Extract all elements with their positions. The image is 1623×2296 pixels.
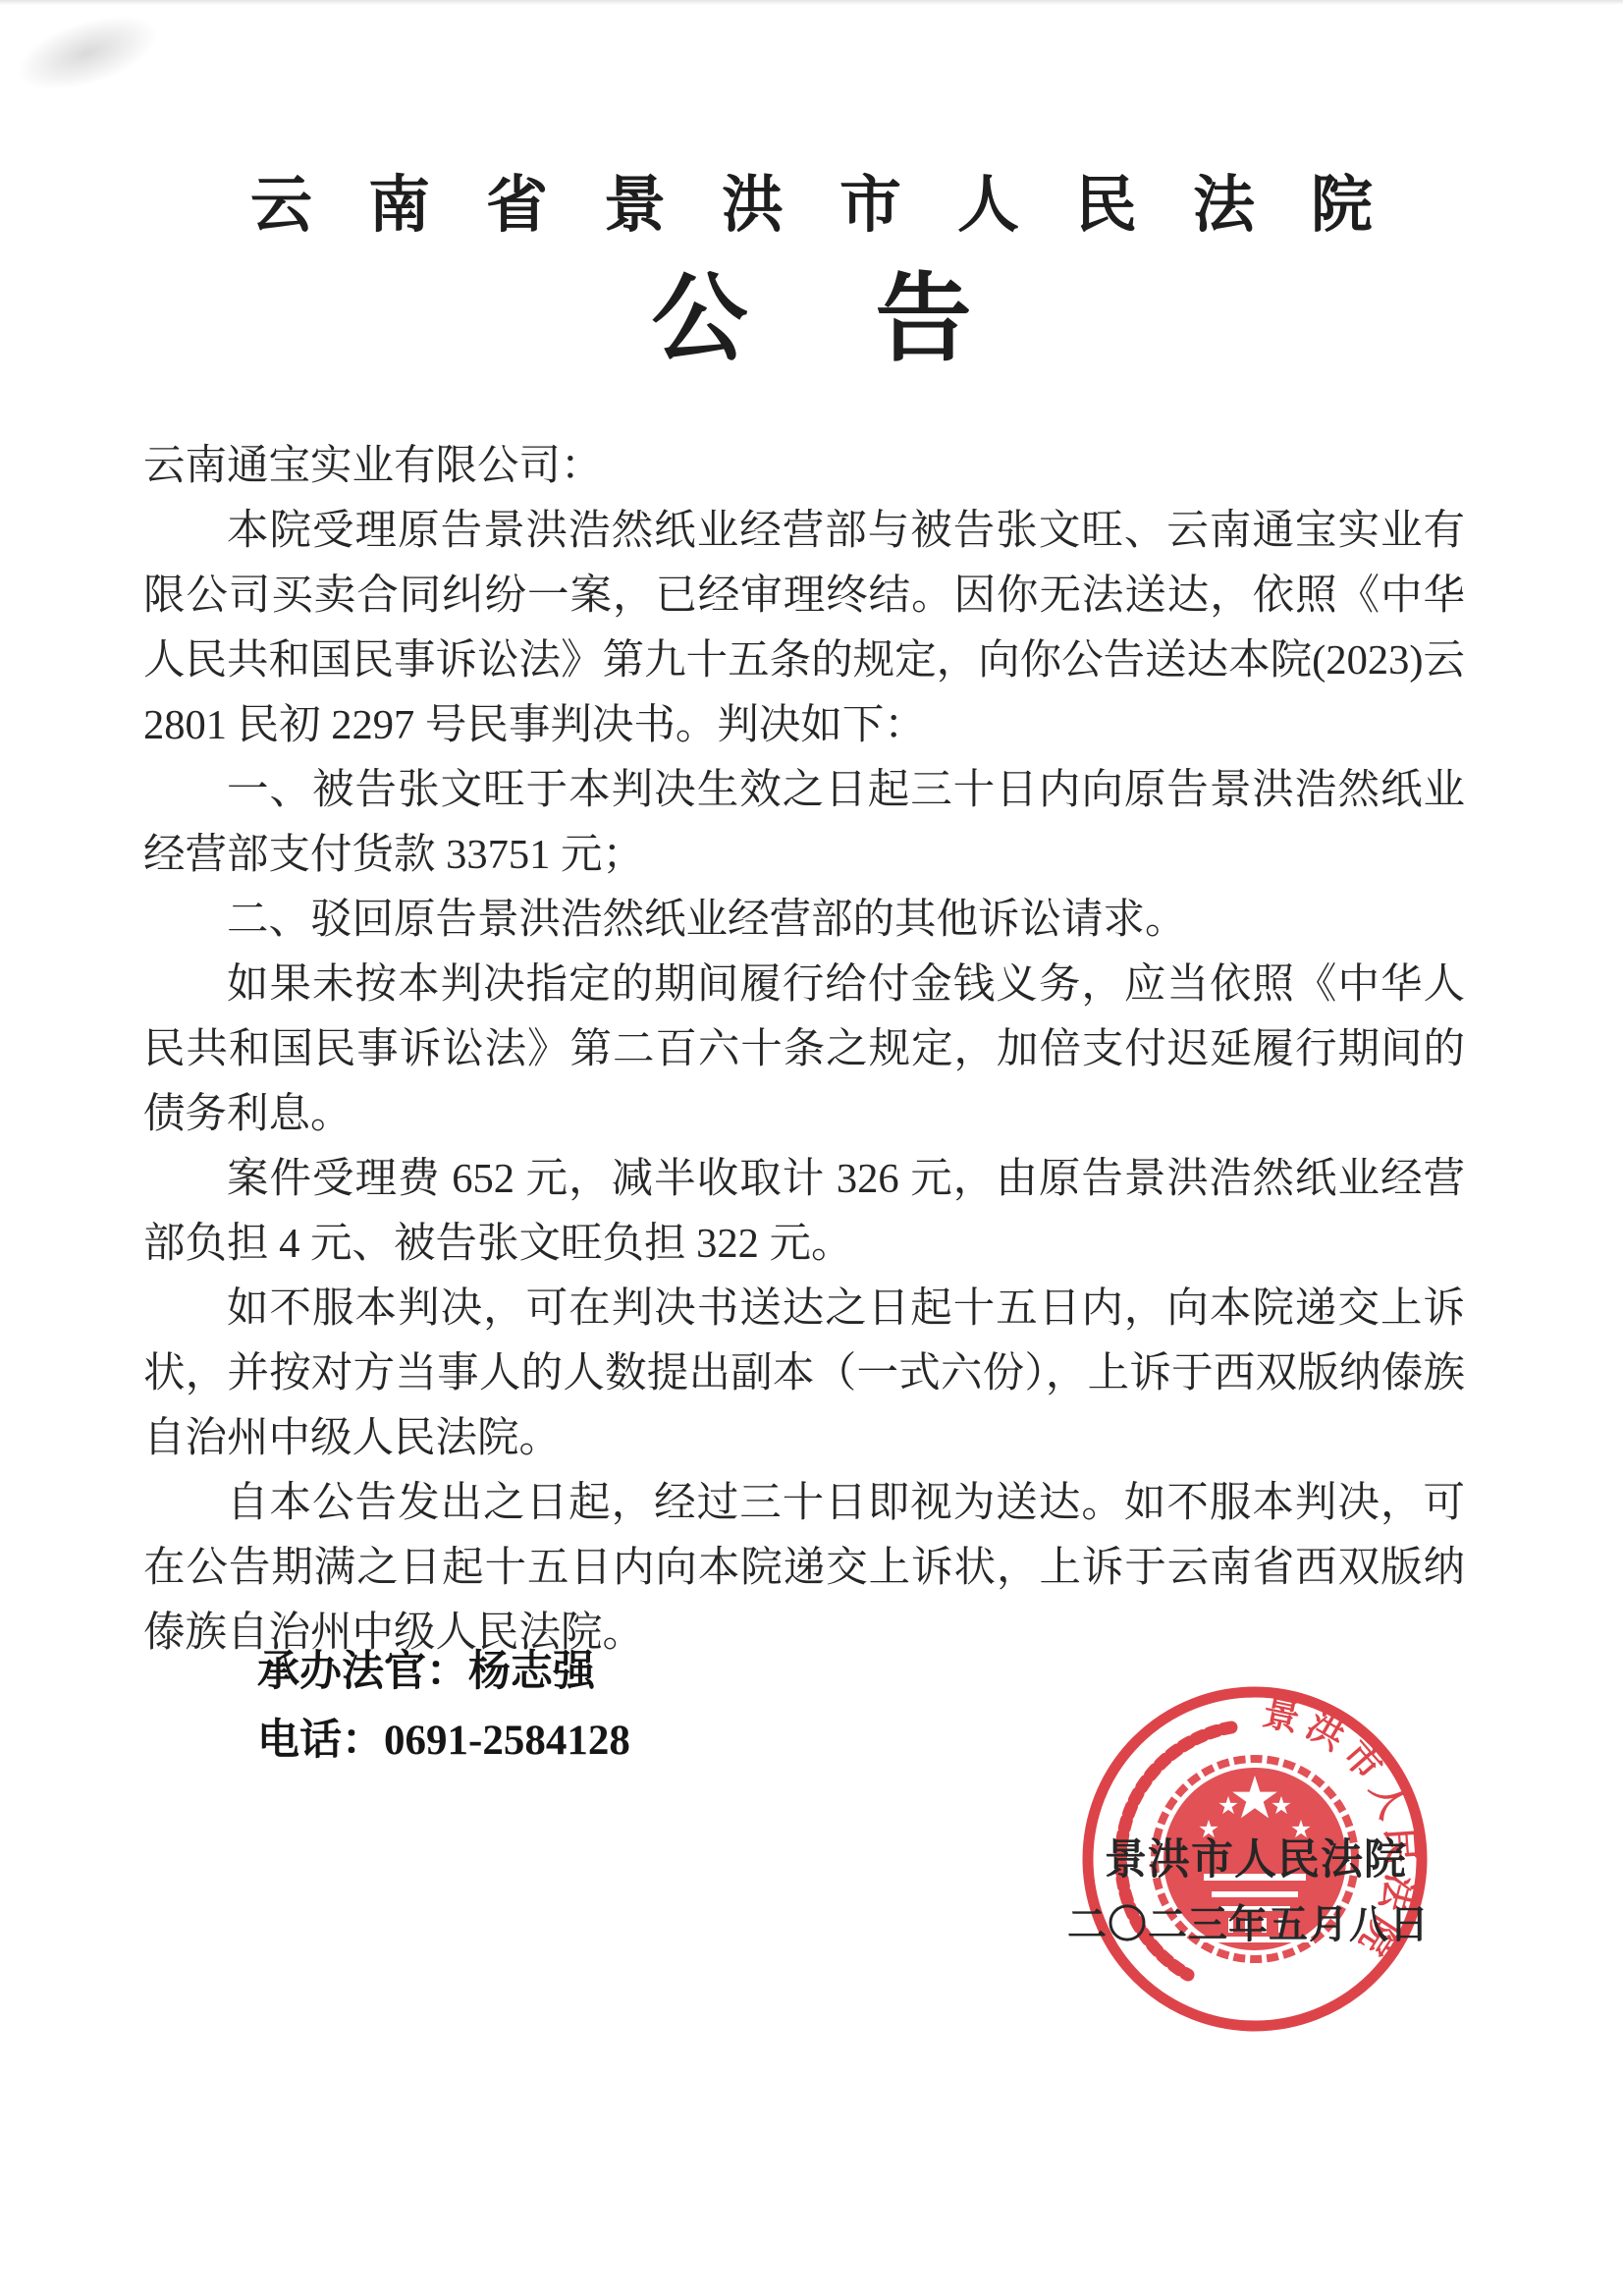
- paragraph-appeal-rights: 如不服本判决，可在判决书送达之日起十五日内，向本院递交上诉状，并按对方当事人的人…: [143, 1277, 1465, 1471]
- announcement-title: 公告: [0, 242, 1623, 380]
- paragraph-case-summary: 本院受理原告景洪浩然纸业经营部与被告张文旺、云南通宝实业有限公司买卖合同纠纷一案…: [143, 499, 1465, 758]
- paragraph-judgment-item-1: 一、被告张文旺于本判决生效之日起三十日内向原告景洪浩然纸业经营部支付货款 337…: [143, 758, 1465, 888]
- judge-line: 承办法官：杨志强: [257, 1638, 595, 1698]
- addressee-line: 云南通宝实业有限公司：: [143, 434, 1465, 499]
- seal-date: 二〇二三年五月八日: [1067, 1893, 1430, 1949]
- phone-line: 电话：0691-2584128: [257, 1707, 630, 1767]
- paragraph-judgment-item-2: 二、驳回原告景洪浩然纸业经营部的其他诉讼请求。: [143, 888, 1465, 953]
- scan-smudge-artifact: [8, 0, 167, 105]
- paragraph-interest-clause: 如果未按本判决指定的期间履行给付金钱义务，应当依照《中华人民共和国民事诉讼法》第…: [143, 953, 1465, 1147]
- court-name-title: 云南省景洪市人民法院: [0, 155, 1623, 245]
- announcement-body: 云南通宝实业有限公司： 本院受理原告景洪浩然纸业经营部与被告张文旺、云南通宝实业…: [143, 434, 1465, 1666]
- scan-edge-artifact: [0, 0, 1623, 5]
- court-announcement-page: 云南省景洪市人民法院 公告 云南通宝实业有限公司： 本院受理原告景洪浩然纸业经营…: [0, 0, 1623, 2296]
- paragraph-court-fees: 案件受理费 652 元，减半收取计 326 元，由原告景洪浩然纸业经营部负担 4…: [143, 1147, 1465, 1277]
- paragraph-service-deadline: 自本公告发出之日起，经过三十日即视为送达。如不服本判决，可在公告期满之日起十五日…: [143, 1471, 1465, 1666]
- official-seal: 景洪市人民法院: [1065, 1669, 1444, 2049]
- seal-court-name: 景洪市人民法院: [1105, 1827, 1407, 1886]
